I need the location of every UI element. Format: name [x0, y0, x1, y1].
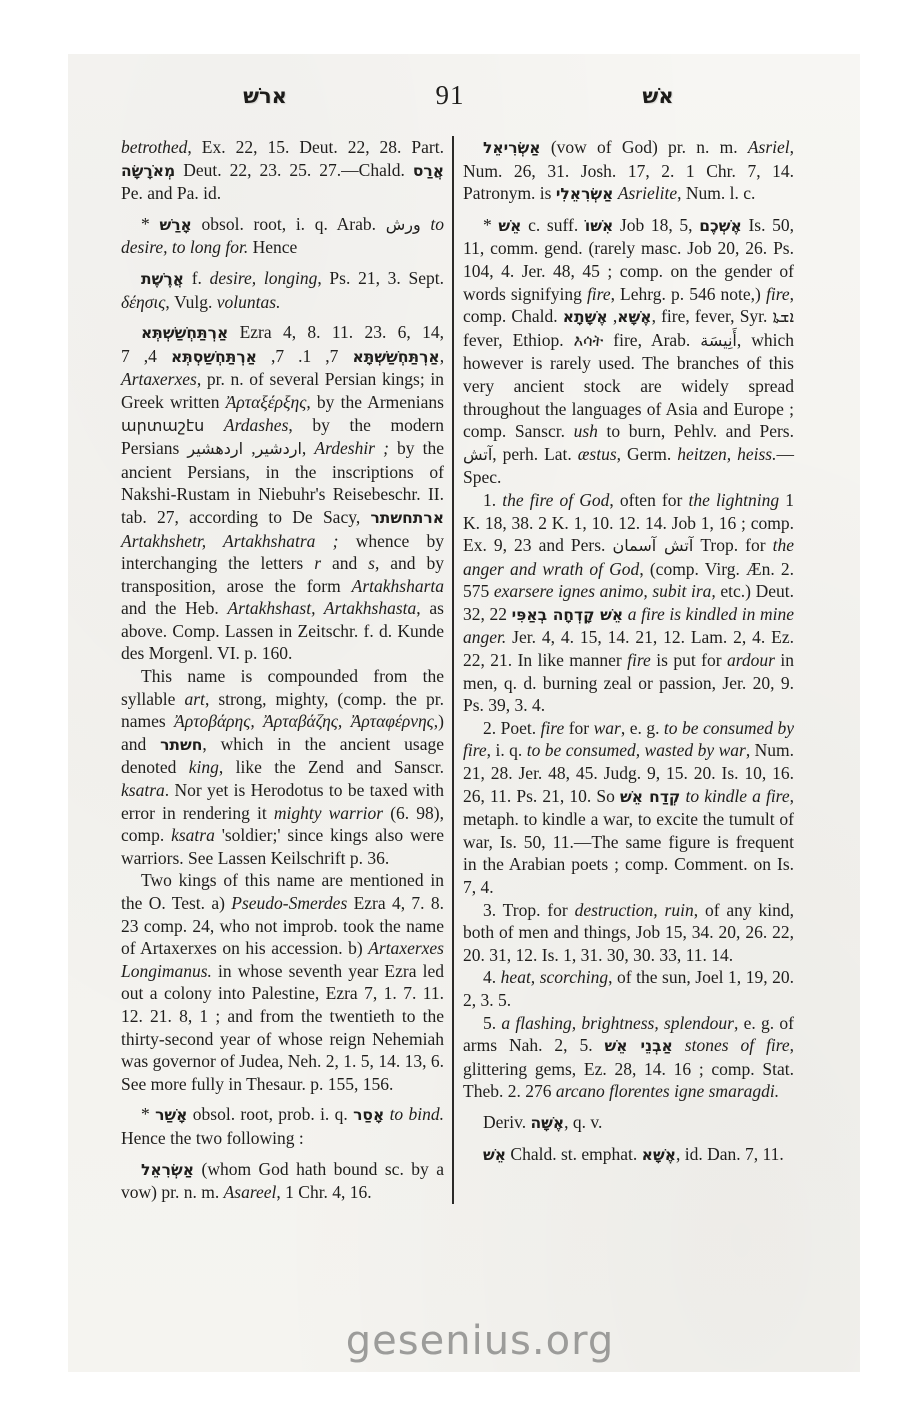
text-segment: ardour	[727, 650, 775, 670]
text-segment: ,	[302, 438, 314, 458]
hebrew-text: חשתר	[160, 736, 202, 754]
hebrew-text: אֶשְׁכֶם	[699, 217, 742, 235]
text-segment: Chald. st. emphat.	[506, 1144, 642, 1164]
text-segment: desire, longing	[210, 268, 318, 288]
text-segment: Pseudo-Smerdes	[231, 893, 347, 913]
hebrew-text: אַבְנֵי אֵשׁ	[605, 1037, 673, 1055]
text-segment: Ezra 4, 8. 11. 23. 6, 14,	[228, 322, 444, 342]
text-segment: , by the Armenians	[306, 392, 444, 412]
text-segment: , perh. Lat.	[492, 444, 577, 464]
hebrew-text: אֲרֶשֶׁת	[141, 270, 184, 288]
hebrew-text: אֵשׁ	[483, 1146, 506, 1164]
text-segment: obsol. root, prob. i. q.	[187, 1104, 353, 1124]
text-segment: ,	[243, 438, 255, 458]
text-segment: the fire of God	[502, 490, 609, 510]
text-segment: ksatra	[121, 780, 165, 800]
hebrew-text: אַשְׂרִאֵלִי	[556, 185, 614, 203]
paragraph: * אָרַשׁ obsol. root, i. q. Arab. ورش to…	[121, 213, 444, 259]
text-segment: fire	[541, 718, 565, 738]
hebrew-text: אַשְׂרִאֵל	[141, 1161, 194, 1179]
text-segment: , Ps. 21, 3. Sept.	[317, 268, 444, 288]
page-surface: ארשׁ 91 אשׁ betrothed, Ex. 22, 15. Deut.…	[68, 54, 860, 1372]
greek-text: δέησις	[121, 292, 165, 312]
text-segment: , id. Dan. 7, 11.	[676, 1144, 784, 1164]
text-segment: Artaxerxes	[121, 369, 197, 389]
hebrew-text: ארתחשתר	[370, 509, 444, 527]
text-segment: the lightning	[688, 490, 779, 510]
column-divider-rule	[452, 136, 454, 1204]
hebrew-text: אֲרַס	[413, 162, 444, 180]
watermark-text: gesenius.org	[84, 1318, 876, 1364]
text-segment: and	[321, 553, 368, 573]
paragraph: * אֵשׁ c. suff. אִשּׁוֹ Job 18, 5, אֶשְׁ…	[463, 214, 794, 489]
text-segment: betrothed	[121, 137, 187, 157]
arabic-text: أَنِيسَة	[700, 331, 737, 350]
paragraph: אֲרֶשֶׁת f. desire, longing, Ps. 21, 3. …	[121, 267, 444, 313]
text-segment: , Num. l. c.	[677, 183, 755, 203]
hebrew-text: אֶשָּׁה	[530, 1114, 564, 1132]
text-segment	[421, 214, 431, 234]
text-segment: *	[141, 1104, 155, 1124]
text-segment: , e. g.	[621, 718, 664, 738]
hebrew-text: אִשּׁוֹ	[585, 217, 613, 235]
paragraph: 4. heat, scorching, of the sun, Joel 1, …	[463, 966, 794, 1011]
text-segment: s	[368, 553, 375, 573]
running-header: ארשׁ 91 אשׁ	[68, 80, 860, 130]
arabic-text: اردشير	[256, 439, 302, 458]
paragraph: 1. the fire of God, often for the lightn…	[463, 489, 794, 717]
text-segment: Asrielite	[618, 183, 677, 203]
text-segment: to burn, Pehlv. and Pers.	[598, 421, 794, 441]
syriac-text: ܐܫܬܐ	[773, 307, 794, 326]
text-segment: exarsere ignes animo, subit ira,	[494, 581, 716, 601]
hebrew-text: אֵשׁ קָדְחָה בְאַפִּי	[512, 606, 624, 624]
text-segment: , 1 Chr. 4, 16.	[276, 1182, 371, 1202]
text-segment: ush	[574, 421, 598, 441]
text-segment: fever, Ethiop.	[463, 330, 574, 350]
paragraph: Deriv. אֶשָּׁה, q. v.	[463, 1111, 794, 1135]
text-segment: obsol. root, i. q. Arab.	[192, 214, 386, 234]
text-segment: (vow of God) pr. n. m.	[541, 137, 748, 157]
hebrew-text: אֶשָּׁא	[617, 308, 651, 326]
paragraph: Two kings of this name are mentioned in …	[121, 869, 444, 1095]
text-segment: Trop. for	[693, 535, 772, 555]
text-segment: r	[314, 553, 321, 573]
text-segment: , Ex. 22, 15. Deut. 22, 28. Part.	[187, 137, 444, 157]
paragraph: 5. a flashing, brightness, splendour, e.…	[463, 1012, 794, 1103]
text-segment: 7, 1. 7,	[257, 346, 353, 366]
text-segment: king	[189, 757, 219, 777]
hebrew-text: אָשַׁר	[155, 1106, 187, 1124]
right-column: אַשְׂרִיאֵל (vow of God) pr. n. m. Asrie…	[463, 136, 794, 1204]
text-segment: , often for	[609, 490, 688, 510]
text-segment: fire	[627, 650, 651, 670]
text-segment: *	[483, 215, 498, 235]
text-segment: Asriel	[748, 137, 790, 157]
text-segment: Deriv.	[483, 1112, 530, 1132]
greek-text: Ἀρτοβάρης, Ἀρταβάζης, Ἀρταφέρνης	[174, 711, 434, 731]
text-segment: fire, Arab.	[603, 330, 700, 350]
arabic-text: اردهشير	[187, 439, 243, 458]
paragraph: אַשְׂרִאֵל (whom God hath bound sc. by a…	[121, 1158, 444, 1204]
left-column: betrothed, Ex. 22, 15. Deut. 22, 28. Par…	[121, 136, 444, 1204]
text-segment: mighty warrior	[274, 803, 383, 823]
hebrew-text: אֶשָּׁא	[642, 1146, 676, 1164]
text-segment: 5.	[483, 1013, 501, 1033]
hebrew-text: אֶשָּׁתָא	[563, 308, 608, 326]
text-segment: war	[594, 718, 621, 738]
text-segment: voluntas.	[217, 292, 281, 312]
text-segment: Ardashes	[224, 415, 289, 435]
text-segment: heat, scorching	[501, 967, 608, 987]
text-segment: fire	[766, 284, 790, 304]
paragraph: betrothed, Ex. 22, 15. Deut. 22, 28. Par…	[121, 136, 444, 205]
hebrew-text: אָרַשׁ	[159, 216, 191, 234]
header-keyword-left: ארשׁ	[190, 84, 340, 108]
armenian-text: արտաշէս	[121, 416, 204, 435]
paragraph: אַשְׂרִיאֵל (vow of God) pr. n. m. Asrie…	[463, 136, 794, 206]
text-segment: Hence the two following :	[121, 1128, 304, 1148]
text-segment: , Vulg.	[165, 292, 216, 312]
page-number: 91	[375, 80, 525, 111]
paragraph: 3. Trop. for destruction, ruin, of any k…	[463, 899, 794, 967]
text-segment: Artakhshast, Artakhshasta	[227, 598, 416, 618]
text-segment	[673, 1035, 685, 1055]
paragraph: This name is compounded from the syllabl…	[121, 665, 444, 869]
hebrew-text: אָסַר	[353, 1106, 384, 1124]
text-segment: to bind.	[390, 1104, 444, 1124]
text-segment: c. suff.	[521, 215, 584, 235]
scanned-book-page: ארשׁ 91 אשׁ betrothed, Ex. 22, 15. Deut.…	[0, 0, 900, 1408]
text-segment: Ardeshir ;	[314, 438, 389, 458]
paragraph: אַרְתַּחְשַׁשְׁתְּא Ezra 4, 8. 11. 23. 6…	[121, 321, 444, 665]
arabic-text: آتش	[463, 445, 492, 464]
text-segment: stones of fire	[685, 1035, 790, 1055]
text-segment: Asareel	[224, 1182, 277, 1202]
hebrew-text: אַרְתַּחְשַׁשְׁתָּא	[352, 348, 439, 366]
greek-text: Ἀρταξέρξης	[226, 392, 307, 412]
text-segment: 3. Trop. for	[483, 900, 575, 920]
text-segment: 4.	[483, 967, 501, 987]
hebrew-text: קְדַח אֵשׁ	[620, 788, 680, 806]
text-segment: , i. q.	[487, 740, 527, 760]
text-segment: Deut. 22, 23. 25. 27.—Chald.	[175, 160, 413, 180]
arabic-text: ورش	[386, 215, 421, 234]
ethiopic-text: እሳት	[574, 331, 604, 350]
text-segment: ,	[608, 306, 618, 326]
text-segment: 2. Poet.	[483, 718, 541, 738]
text-segment: a flashing, brightness, splendour	[501, 1013, 734, 1033]
hebrew-text: אַרְתַּחְשַׁסְתְּא	[171, 348, 257, 366]
text-segment: to be consumed, wasted by war	[527, 740, 746, 760]
hebrew-text: אַרְתַּחְשַׁשְׁתְּא	[141, 324, 228, 342]
text-segment: *	[141, 214, 159, 234]
text-segment: Artakhshetr, Artakhshatra ;	[121, 531, 339, 551]
paragraph: 2. Poet. fire for war, e. g. to be consu…	[463, 717, 794, 899]
hebrew-text: אֵשׁ	[498, 217, 521, 235]
paragraph: אֵשׁ Chald. st. emphat. אֶשָּׁא, id. Dan…	[463, 1143, 794, 1167]
text-segment: Artakhsharta	[352, 576, 444, 596]
hebrew-text: מְאֹרָשָׂה	[121, 162, 175, 180]
text-segment: art	[185, 689, 205, 709]
text-segment: Pe. and Pa. id.	[121, 183, 221, 203]
text-segment	[204, 415, 224, 435]
text-segment: , q. v.	[564, 1112, 602, 1132]
paragraph: * אָשַׁר obsol. root, prob. i. q. אָסַר …	[121, 1103, 444, 1149]
text-segment: Job 18, 5,	[613, 215, 699, 235]
text-segment: for	[564, 718, 593, 738]
header-keyword-right: אשׁ	[583, 84, 733, 108]
text-segment: 1.	[483, 490, 502, 510]
text-segment: f.	[184, 268, 210, 288]
text-segment: , like the Zend and Sanscr.	[219, 757, 444, 777]
text-segment: arcano florentes igne smaragdi.	[556, 1081, 779, 1101]
text-segment: heitzen, heiss.	[677, 444, 776, 464]
text-segment: and the Heb.	[121, 598, 227, 618]
text-segment: , fire, fever, Syr.	[652, 306, 773, 326]
text-segment: fire	[587, 284, 611, 304]
hebrew-text: אַשְׂרִיאֵל	[483, 139, 541, 157]
text-segment: to kindle a fire	[685, 786, 789, 806]
text-segment: Hence	[248, 237, 297, 257]
text-columns: betrothed, Ex. 22, 15. Deut. 22, 28. Par…	[68, 136, 860, 1204]
text-segment: ksatra	[171, 825, 215, 845]
text-segment: is put for	[651, 650, 727, 670]
arabic-text: آتش آسمان	[612, 536, 693, 555]
text-segment: destruction, ruin	[575, 900, 694, 920]
text-segment: , Germ.	[617, 444, 678, 464]
text-segment: æstus	[578, 444, 617, 464]
text-segment: , Lehrg. p. 546 note,)	[611, 284, 766, 304]
